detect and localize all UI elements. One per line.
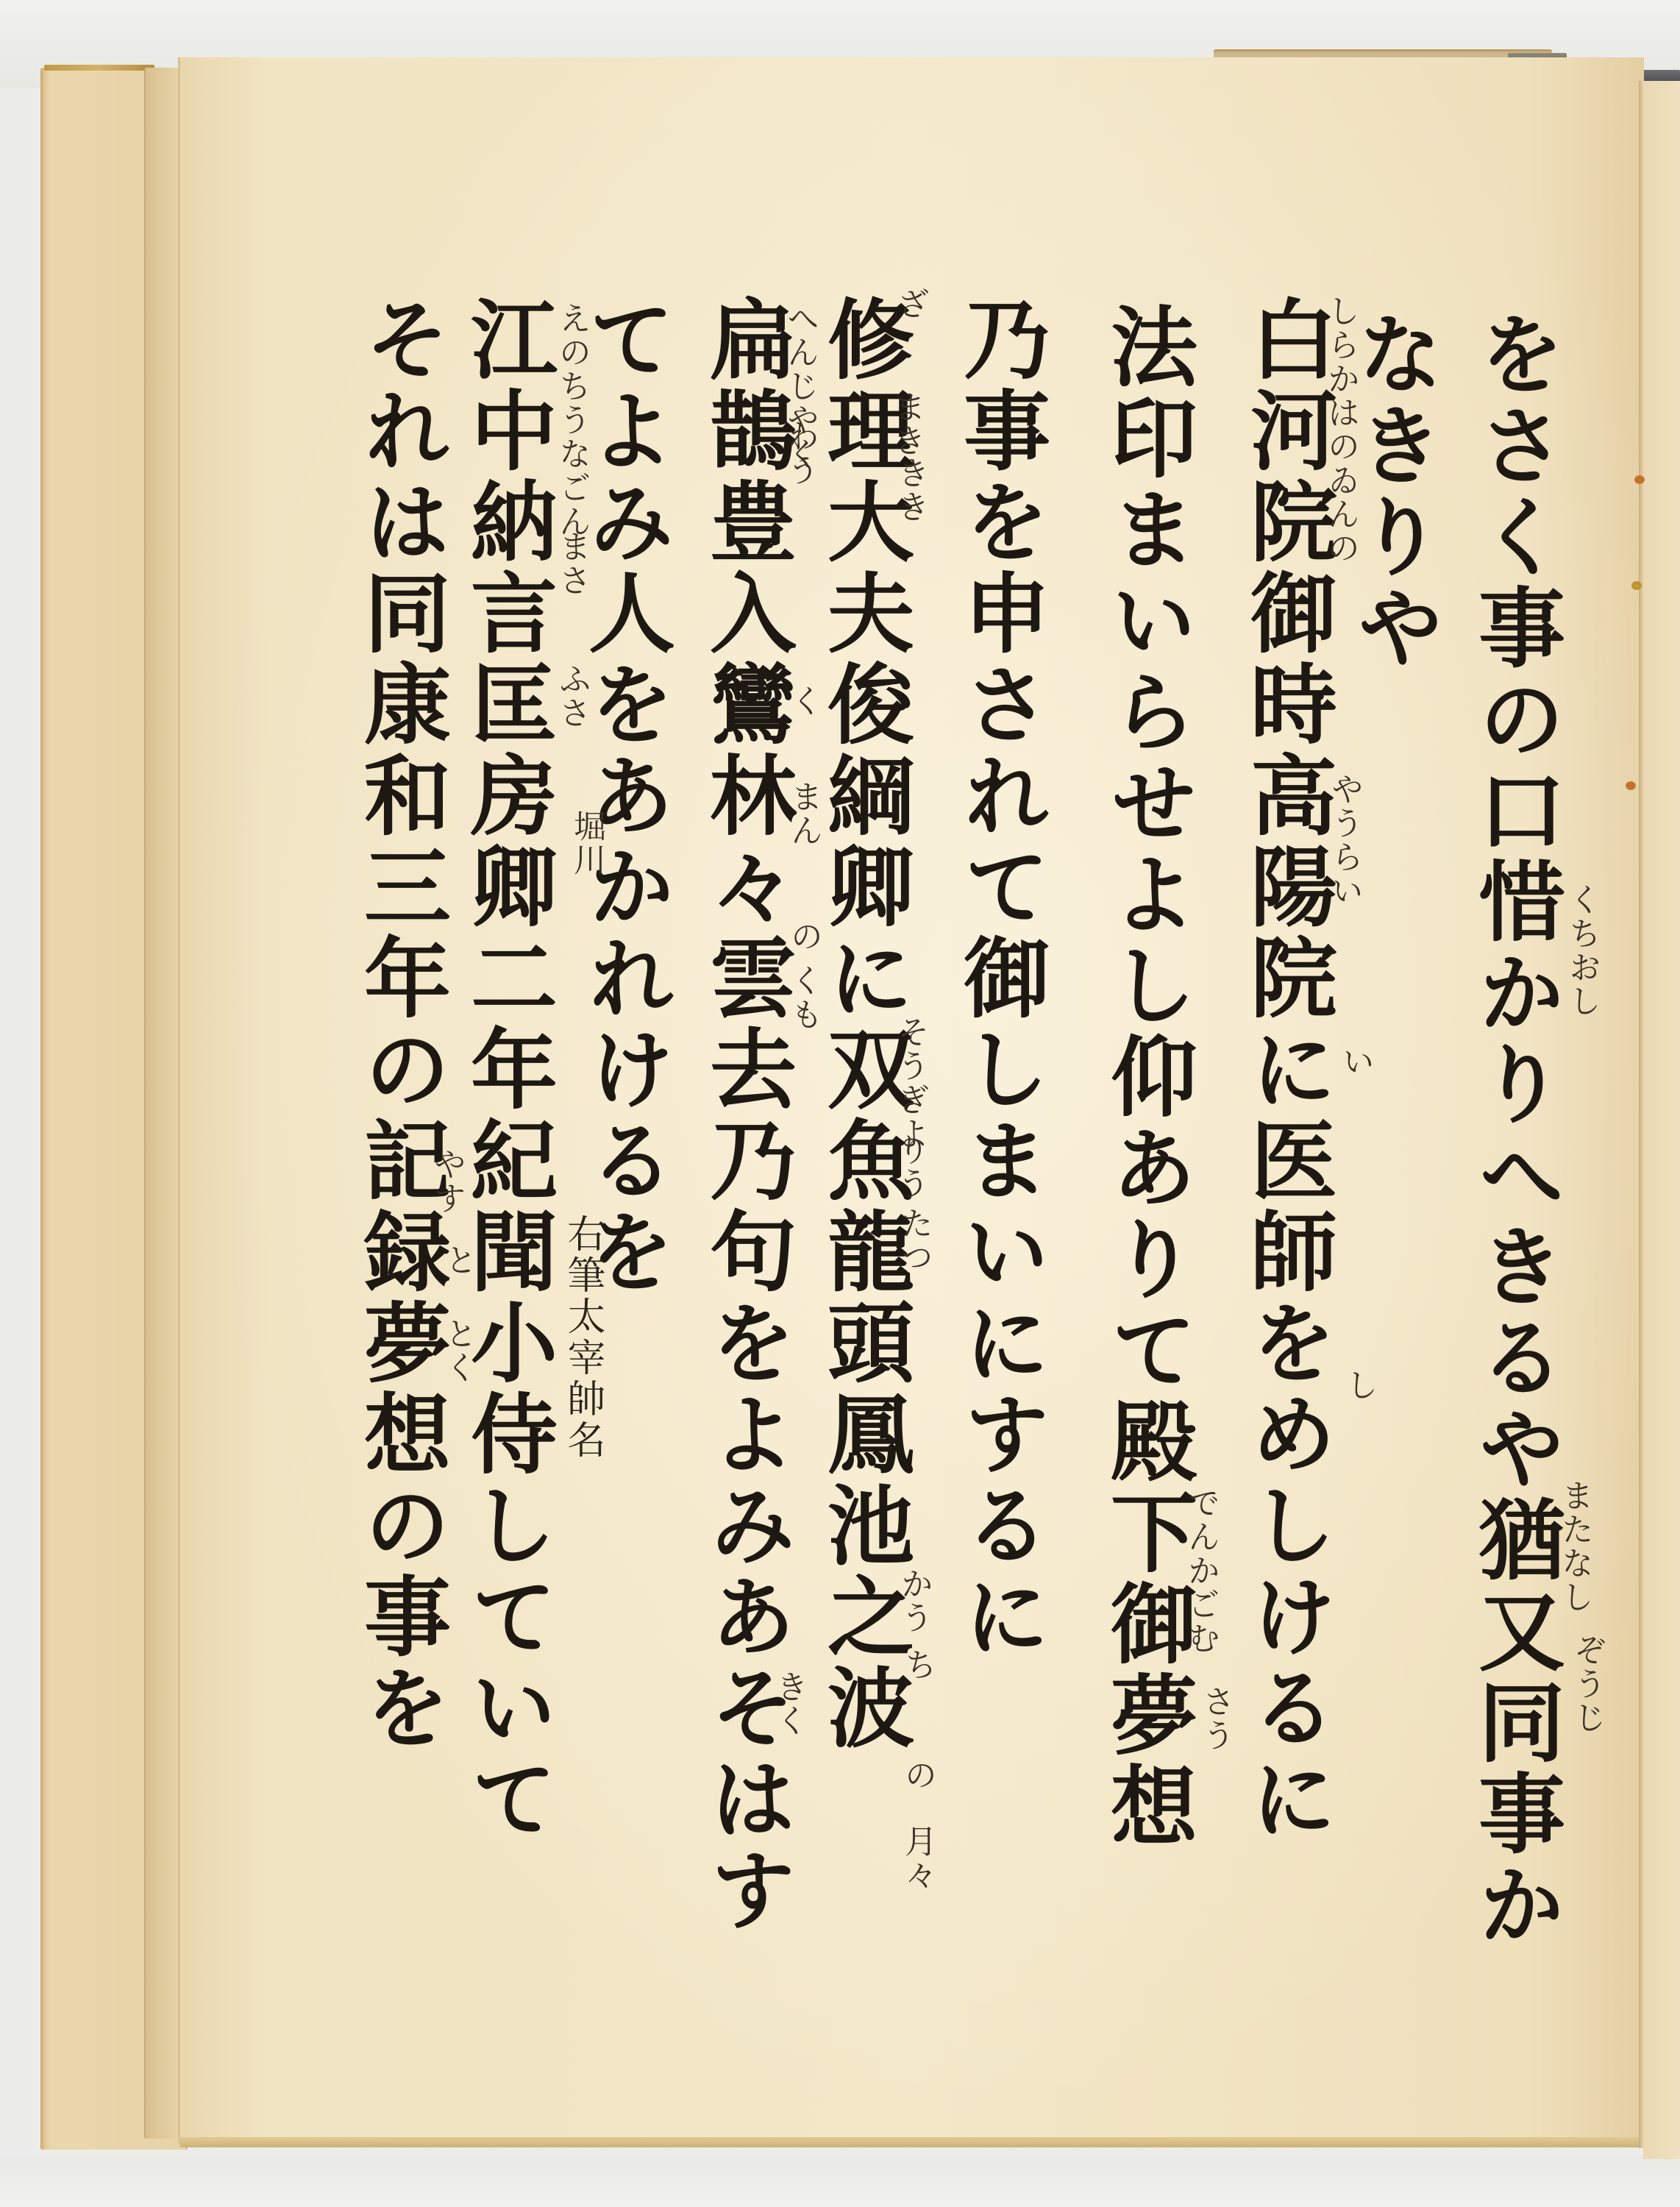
gloss-7d: まん (780, 780, 827, 847)
gloss-1b: またなし (1551, 1479, 1598, 1614)
gloss-3b: やうらい (1320, 772, 1367, 908)
gloss-6j: 月々 (894, 1824, 941, 1892)
gloss-9a: えのちうなごん (548, 302, 595, 539)
gloss-9b: まさ (548, 530, 595, 597)
gloss-6c: きき (886, 456, 933, 524)
gloss-6g: かう (890, 1567, 937, 1635)
gloss-9c: ふさ (548, 662, 595, 730)
gloss-6f: たつ (890, 1206, 937, 1274)
stain-mark (1634, 475, 1645, 484)
page-bottom-edge (180, 2137, 1644, 2147)
gloss-6a: ざ (886, 287, 933, 321)
book-photo: をさく事の口惜かりへきるや猶又同事か くちおし またなし ぞうじ なきりや 白河… (0, 0, 1680, 2207)
gloss-7f: くも (780, 964, 827, 1031)
gloss-4b: さう (1192, 1685, 1239, 1752)
gloss-10c: とく (434, 1317, 481, 1385)
stain-mark (1631, 581, 1642, 590)
gloss-9d: 堀川 (563, 809, 610, 877)
gilt-edge-left (44, 65, 154, 71)
text-column-5: 乃事を申されて御しまいにするに (956, 294, 1043, 1663)
text-column-10: それは同康和三年の記録夢想の事を (357, 294, 444, 1754)
gloss-6b: まき (883, 390, 930, 458)
gloss-7c: く (780, 684, 827, 718)
gloss-4a: でんかごむ (1177, 1486, 1224, 1655)
gloss-6i: の (894, 1758, 941, 1792)
gloss-7e: の (780, 920, 827, 953)
gloss-6e: りう (886, 1133, 933, 1201)
gloss-7g: きく (765, 1670, 812, 1738)
gloss-1a: くちおし (1558, 883, 1605, 1018)
background-bottom (0, 2156, 1680, 2207)
gloss-3a: しらかはのゐんの (1317, 294, 1364, 565)
stain-mark (1626, 781, 1636, 790)
text-column-1: をさく事の口惜かりへきるや猶又同事か (1471, 309, 1558, 1951)
gloss-1c: ぞうじ (1563, 1633, 1610, 1735)
gloss-7b: わう (776, 419, 823, 487)
facing-page-edge (1643, 81, 1680, 2159)
gloss-6d: そうぎよ (886, 1015, 933, 1151)
gloss-3c: い (1331, 1045, 1378, 1078)
text-column-9: 江中納言匡房卿二年紀聞小侍していて (463, 294, 550, 1845)
gloss-10a: やす (423, 1148, 470, 1215)
gloss-3d: し (1335, 1368, 1382, 1402)
gloss-10b: と (434, 1243, 481, 1277)
side-note: 右筆太宰帥名 (555, 1214, 611, 1461)
gloss-6h: ち (894, 1648, 941, 1682)
